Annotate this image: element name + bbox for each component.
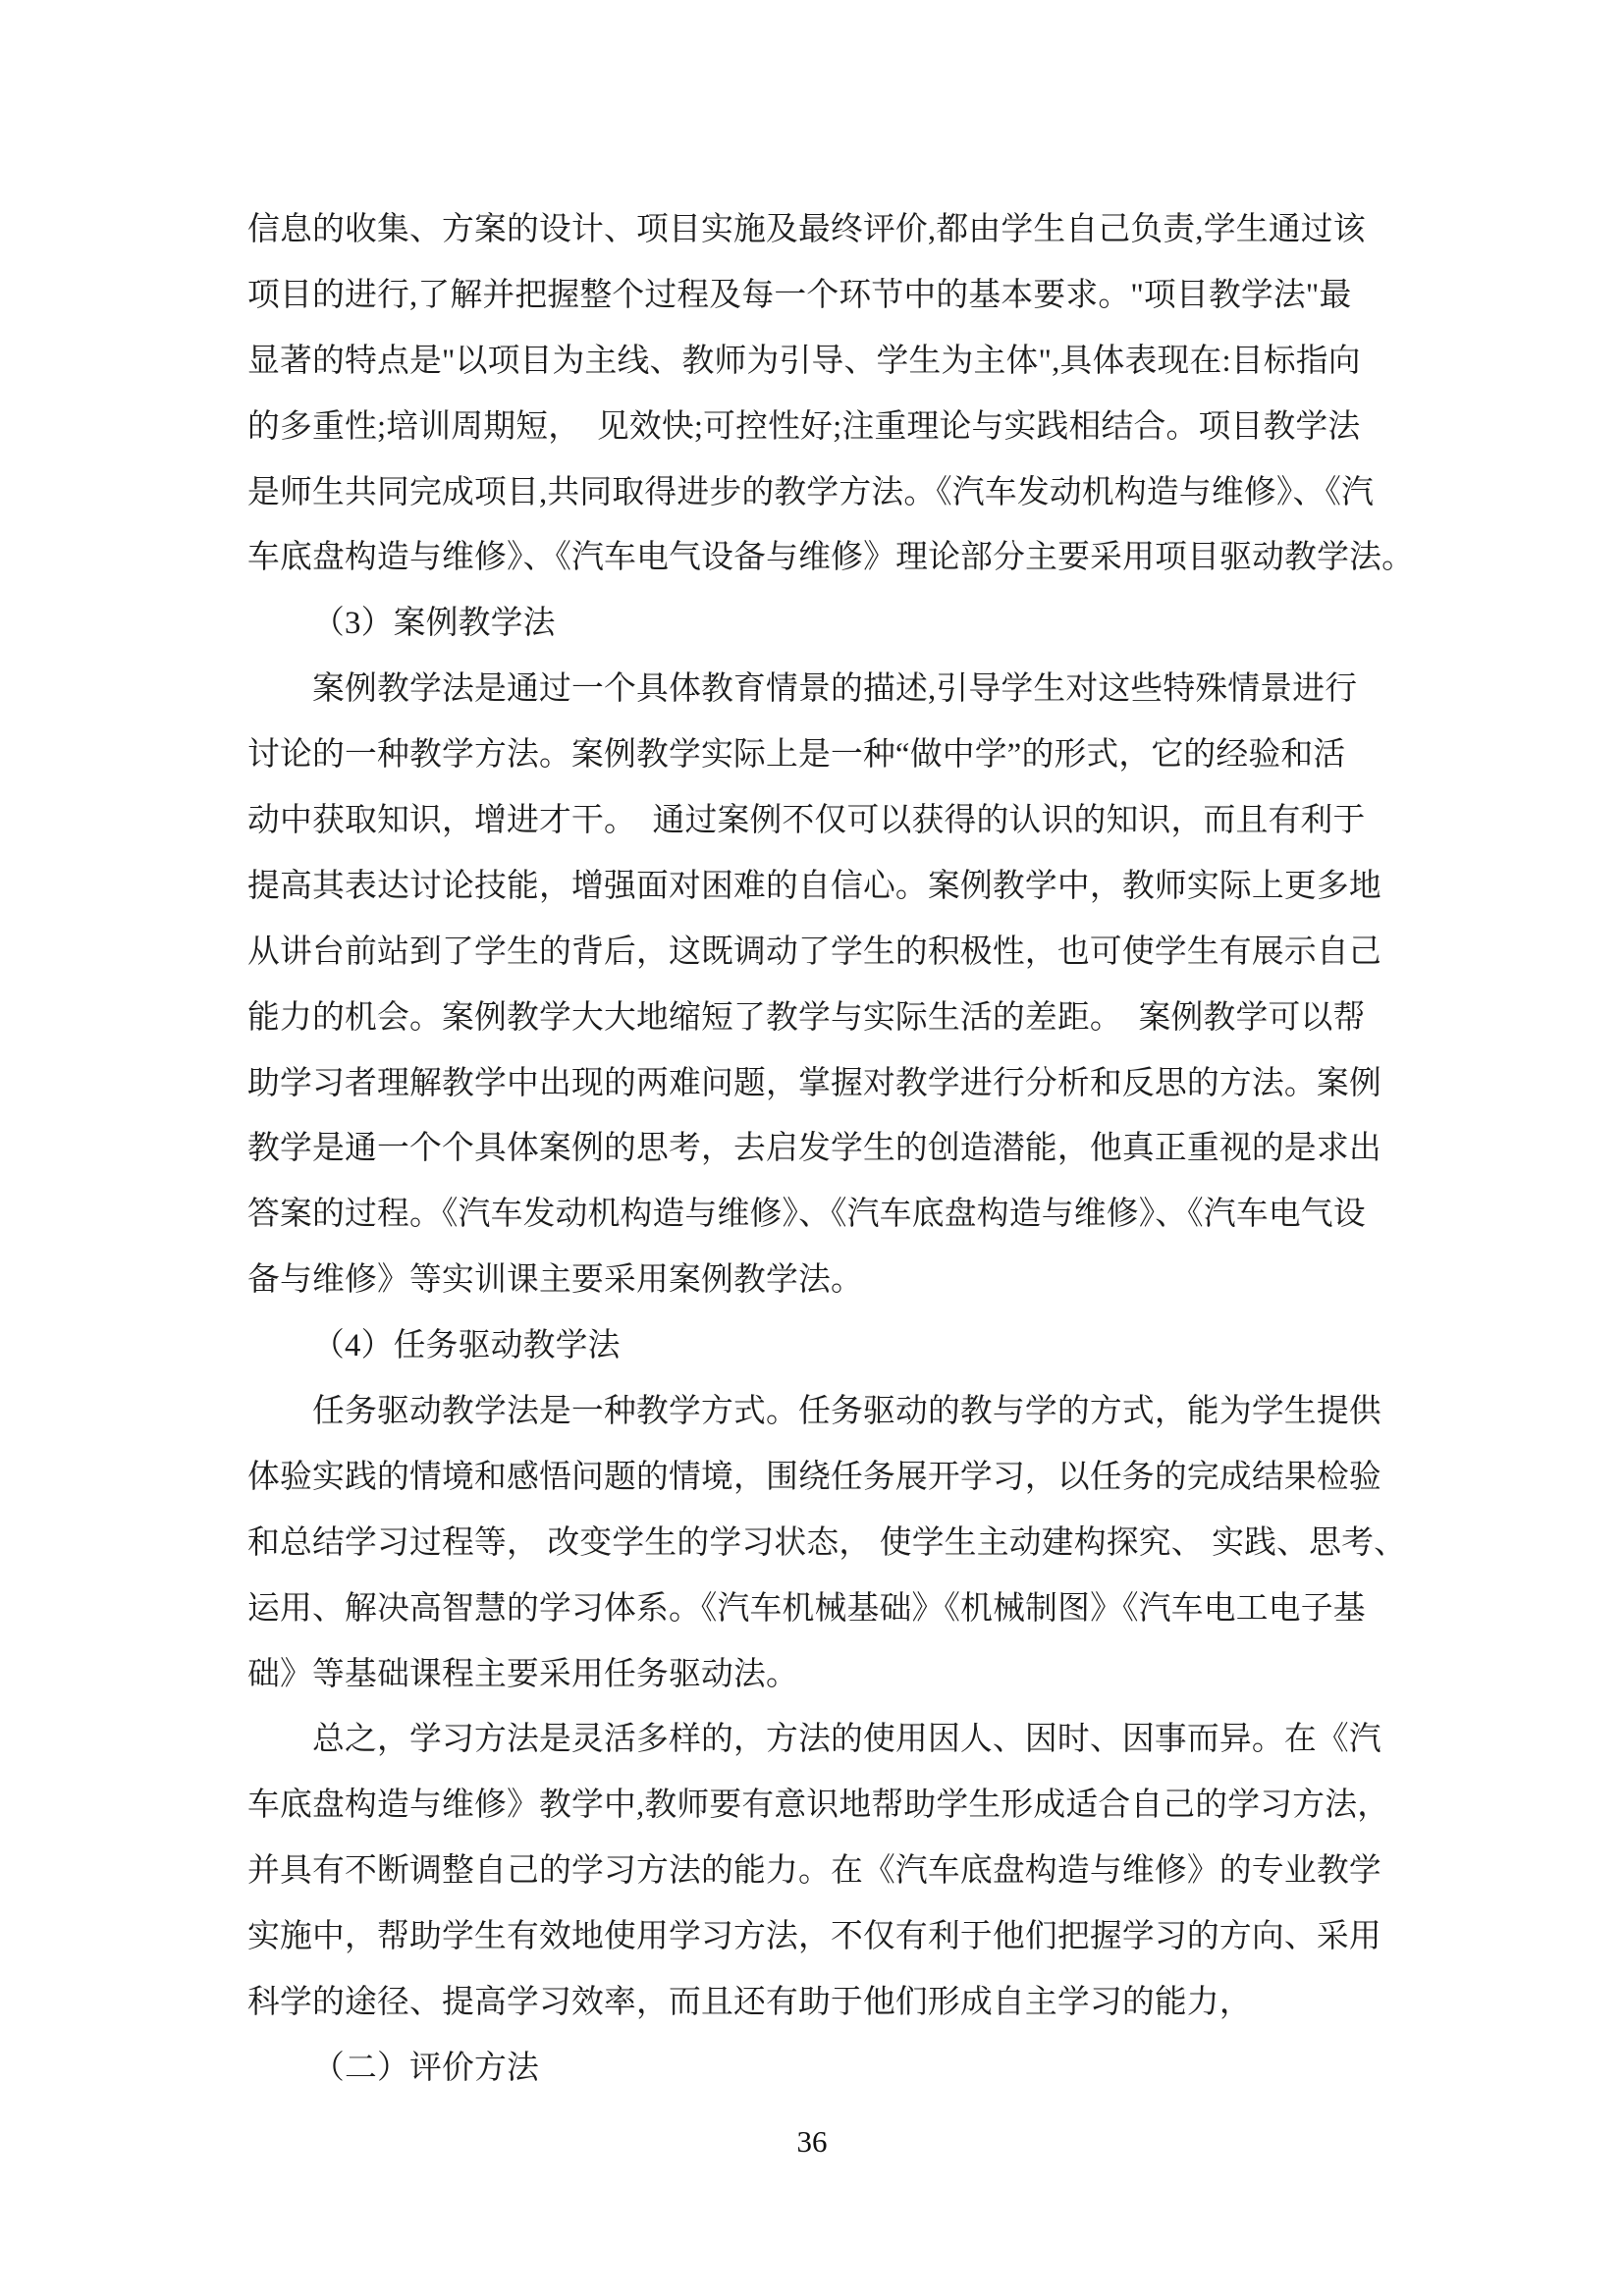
text-line-13: 能力的机会。案例教学大大地缩短了教学与实际生活的差距。 案例教学可以帮 bbox=[247, 986, 1386, 1051]
text-line-2: 项目的进行,了解并把握整个过程及每一个环节中的基本要求。"项目教学法"最 bbox=[247, 263, 1386, 329]
text-line-21: 和总结学习过程等， 改变学生的学习状态， 使学生主动建构探究、 实践、思考、 bbox=[247, 1511, 1386, 1576]
text-line-16: 答案的过程。《汽车发动机构造与维修》、《汽车底盘构造与维修》、《汽车电气设 bbox=[247, 1182, 1386, 1248]
text-line-7: （3）案例教学法 bbox=[247, 591, 1386, 657]
text-line-29: （二）评价方法 bbox=[247, 2036, 1386, 2102]
text-line-14: 助学习者理解教学中出现的两难问题，掌握对教学进行分析和反思的方法。案例 bbox=[247, 1051, 1386, 1117]
text-line-27: 实施中，帮助学生有效地使用学习方法，不仅有利于他们把握学习的方向、采用 bbox=[247, 1904, 1386, 1970]
page-footer: 36 bbox=[0, 2122, 1624, 2162]
text-line-10: 动中获取知识，增进才干。 通过案例不仅可以获得的认识的知识，而且有利于 bbox=[247, 788, 1386, 854]
text-line-11: 提高其表达讨论技能，增强面对困难的自信心。案例教学中，教师实际上更多地 bbox=[247, 854, 1386, 920]
text-line-15: 教学是通一个个具体案例的思考，去启发学生的创造潜能，他真正重视的是求出 bbox=[247, 1116, 1386, 1182]
text-line-1: 信息的收集、方案的设计、项目实施及最终评价,都由学生自己负责,学生通过该 bbox=[247, 197, 1386, 263]
text-line-28: 科学的途径、提高学习效率，而且还有助于他们形成自主学习的能力， bbox=[247, 1970, 1386, 2036]
text-line-18: （4）任务驱动教学法 bbox=[247, 1313, 1386, 1379]
page-number: 36 bbox=[797, 2124, 828, 2159]
text-line-26: 并具有不断调整自己的学习方法的能力。在《汽车底盘构造与维修》的专业教学 bbox=[247, 1839, 1386, 1904]
text-line-17: 备与维修》等实训课主要采用案例教学法。 bbox=[247, 1248, 1386, 1313]
text-line-3: 显著的特点是"以项目为主线、教师为引导、学生为主体",具体表现在:目标指向 bbox=[247, 329, 1386, 395]
text-line-22: 运用、解决高智慧的学习体系。《汽车机械基础》《机械制图》《汽车电工电子基 bbox=[247, 1576, 1386, 1642]
text-line-12: 从讲台前站到了学生的背后，这既调动了学生的积极性，也可使学生有展示自己 bbox=[247, 920, 1386, 986]
text-line-8: 案例教学法是通过一个具体教育情景的描述,引导学生对这些特殊情景进行 bbox=[247, 657, 1386, 722]
text-line-5: 是师生共同完成项目,共同取得进步的教学方法。《汽车发动机构造与维修》、《汽 bbox=[247, 460, 1386, 526]
text-line-20: 体验实践的情境和感悟问题的情境，围绕任务展开学习，以任务的完成结果检验 bbox=[247, 1445, 1386, 1511]
document-page: 信息的收集、方案的设计、项目实施及最终评价,都由学生自己负责,学生通过该项目的进… bbox=[0, 0, 1624, 2296]
text-line-6: 车底盘构造与维修》、《汽车电气设备与维修》理论部分主要采用项目驱动教学法。 bbox=[247, 525, 1386, 591]
document-body: 信息的收集、方案的设计、项目实施及最终评价,都由学生自己负责,学生通过该项目的进… bbox=[247, 197, 1386, 2102]
text-line-25: 车底盘构造与维修》教学中,教师要有意识地帮助学生形成适合自己的学习方法， bbox=[247, 1773, 1386, 1839]
text-line-19: 任务驱动教学法是一种教学方式。任务驱动的教与学的方式，能为学生提供 bbox=[247, 1379, 1386, 1445]
text-line-9: 讨论的一种教学方法。案例教学实际上是一种“做中学”的形式，它的经验和活 bbox=[247, 722, 1386, 788]
text-line-23: 础》等基础课程主要采用任务驱动法。 bbox=[247, 1642, 1386, 1708]
text-line-24: 总之，学习方法是灵活多样的，方法的使用因人、因时、因事而异。在《汽 bbox=[247, 1707, 1386, 1773]
text-line-4: 的多重性;培训周期短， 见效快;可控性好;注重理论与实践相结合。项目教学法 bbox=[247, 395, 1386, 460]
